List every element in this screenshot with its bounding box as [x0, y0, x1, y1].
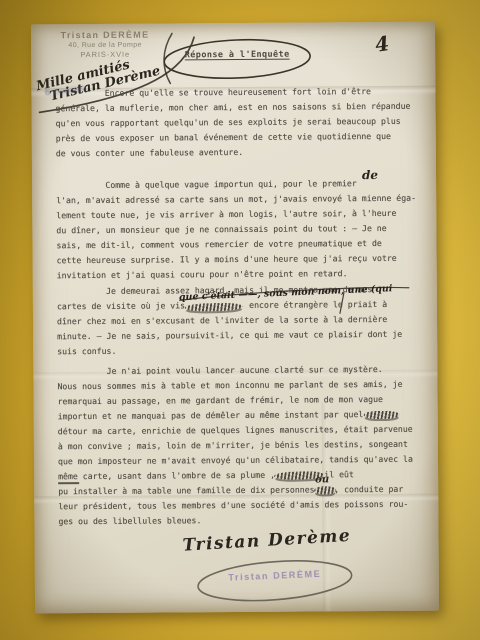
paragraph-4: Je n'ai point voulu lancer aucune clarté… [57, 362, 424, 530]
ink-scribble [314, 486, 336, 494]
letterhead-address: 40, Rue de la Pompe [47, 41, 163, 49]
ink-scribble [364, 411, 400, 419]
ink-underline [58, 482, 79, 484]
page-number: 4 [373, 31, 390, 57]
letter-paper: Tristan DERÈME 40, Rue de la Pompe PARIS… [31, 22, 439, 614]
photo-background: { "page": { "number": "4" }, "letterhead… [0, 0, 480, 640]
paragraph-1: Encore qu'elle se trouve heureusement fo… [55, 84, 422, 162]
letter-title: Réponse à l'Enquête [167, 49, 307, 60]
date-stamp-digit: 6 [44, 88, 51, 99]
letterhead-name: Tristan DERÈME [47, 29, 163, 40]
paragraph-2: Comme à quelque vague importun qui, pour… [56, 176, 423, 284]
handwritten-insert-de: de [362, 168, 378, 182]
